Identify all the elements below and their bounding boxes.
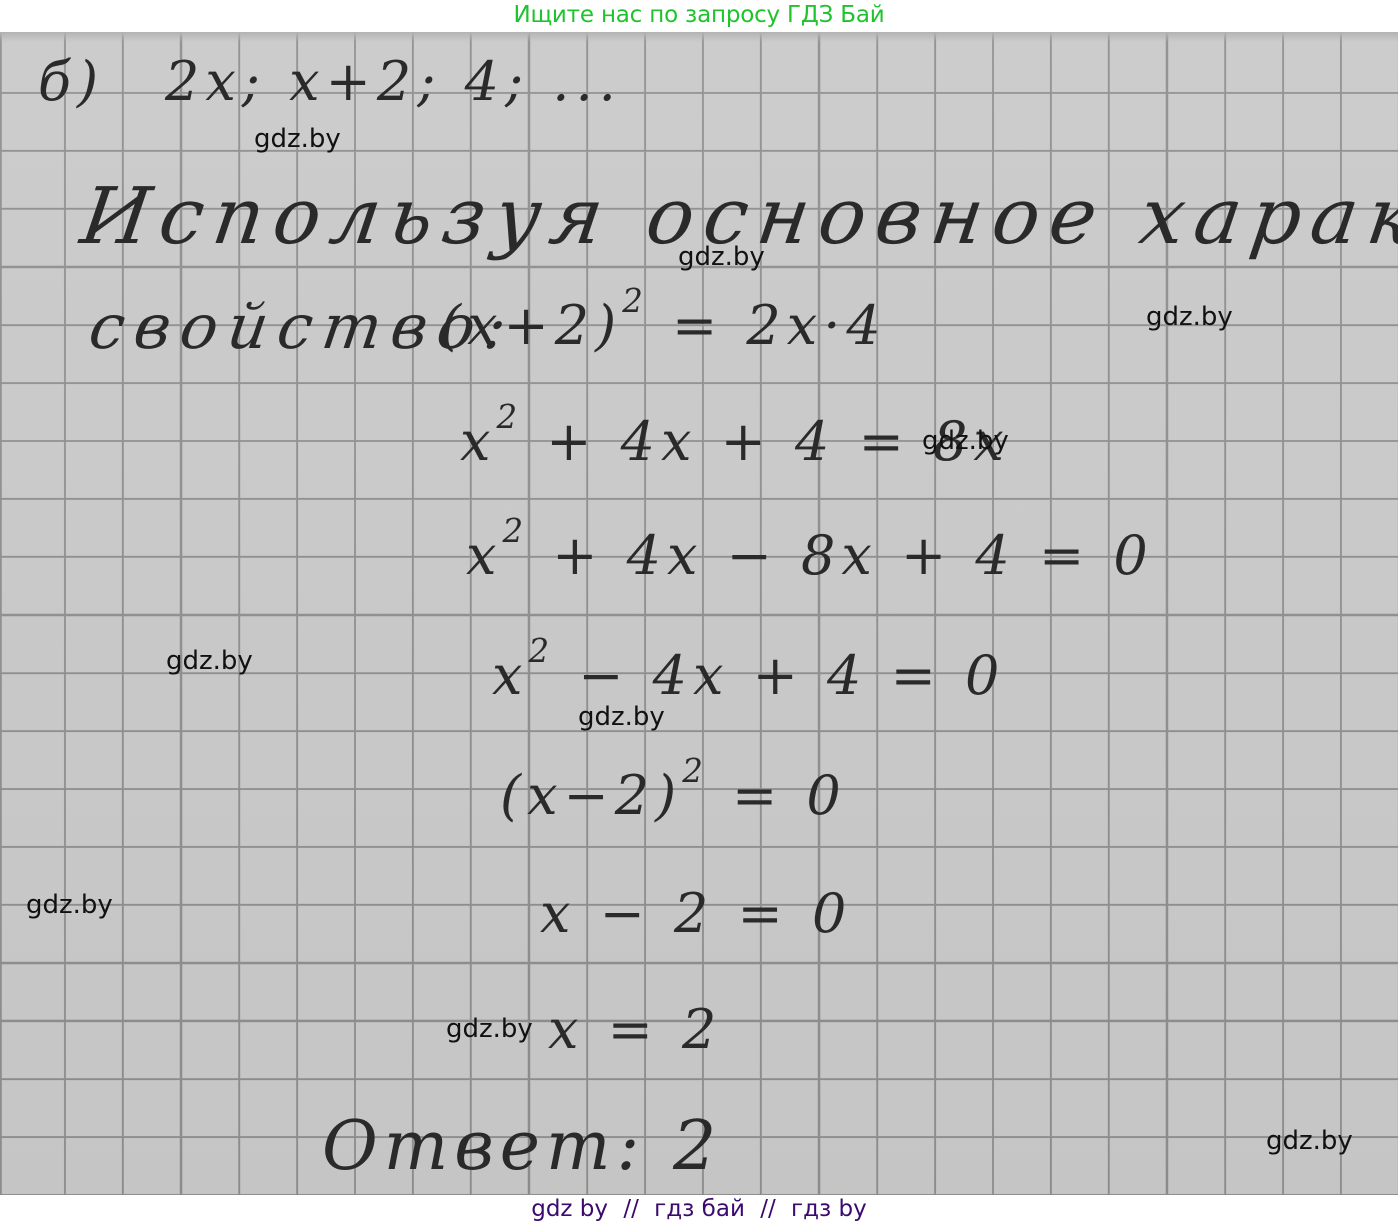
- footer-link-gdz-bai[interactable]: гдз бай: [654, 1196, 745, 1222]
- footer-link-gdz-by-cyr[interactable]: гдз by: [791, 1196, 867, 1222]
- watermark: gdz.by: [446, 1014, 533, 1044]
- equation-base: x: [460, 410, 496, 473]
- task-label: б): [38, 50, 104, 113]
- watermark: gdz.by: [26, 890, 113, 920]
- equation-exponent: 2: [682, 752, 709, 790]
- footer-links: gdz by // гдз бай // гдз by: [0, 1195, 1398, 1226]
- equation-base: x: [466, 524, 502, 587]
- notebook-page-photo: б) 2x; x+2; 4; ... Используя основное ха…: [0, 32, 1398, 1195]
- top-banner[interactable]: Ищите нас по запросу ГДЗ Бай: [0, 0, 1398, 32]
- equation-rest: = 0: [709, 764, 847, 827]
- task-sequence: 2x; x+2; 4; ...: [165, 50, 622, 113]
- equation-base: x − 2 = 0: [540, 882, 852, 945]
- watermark: gdz.by: [254, 124, 341, 154]
- search-hint-link[interactable]: Ищите нас по запросу ГДЗ Бай: [513, 2, 884, 28]
- equation-base: (x−2): [500, 764, 682, 827]
- watermark: gdz.by: [1146, 302, 1233, 332]
- equation-exponent: 2: [528, 632, 555, 670]
- watermark: gdz.by: [578, 702, 665, 732]
- watermark: gdz.by: [922, 426, 1009, 456]
- footer-link-gdz-by[interactable]: gdz by: [531, 1196, 608, 1222]
- equation-line-6: x − 2 = 0: [540, 882, 852, 945]
- watermark: gdz.by: [166, 646, 253, 676]
- equation-exponent: 2: [496, 398, 523, 436]
- equation-exponent: 2: [622, 282, 649, 320]
- equation-base: x = 2: [548, 998, 722, 1061]
- equation-rest: + 4x − 8x + 4 = 0: [529, 524, 1154, 587]
- equation-line-7: x = 2: [548, 998, 722, 1061]
- equation-exponent: 2: [502, 512, 529, 550]
- equation-base: x: [492, 644, 528, 707]
- watermark: gdz.by: [1266, 1126, 1353, 1156]
- watermark: gdz.by: [678, 242, 765, 272]
- equation-base: (x+2): [440, 294, 622, 357]
- answer-text: Ответ: 2: [322, 1107, 722, 1186]
- footer-separator: //: [760, 1196, 776, 1222]
- equation-line-5: (x−2)2 = 0: [500, 764, 847, 827]
- footer-separator: //: [623, 1196, 639, 1222]
- equation-line-4: x2 − 4x + 4 = 0: [492, 644, 1005, 707]
- equation-line-1: (x+2)2 = 2x·4: [440, 294, 887, 357]
- equation-rest: − 4x + 4 = 0: [555, 644, 1005, 707]
- page-edge-shadow: [0, 32, 1398, 42]
- equation-line-3: x2 + 4x − 8x + 4 = 0: [466, 524, 1154, 587]
- equation-rest: = 2x·4: [649, 294, 887, 357]
